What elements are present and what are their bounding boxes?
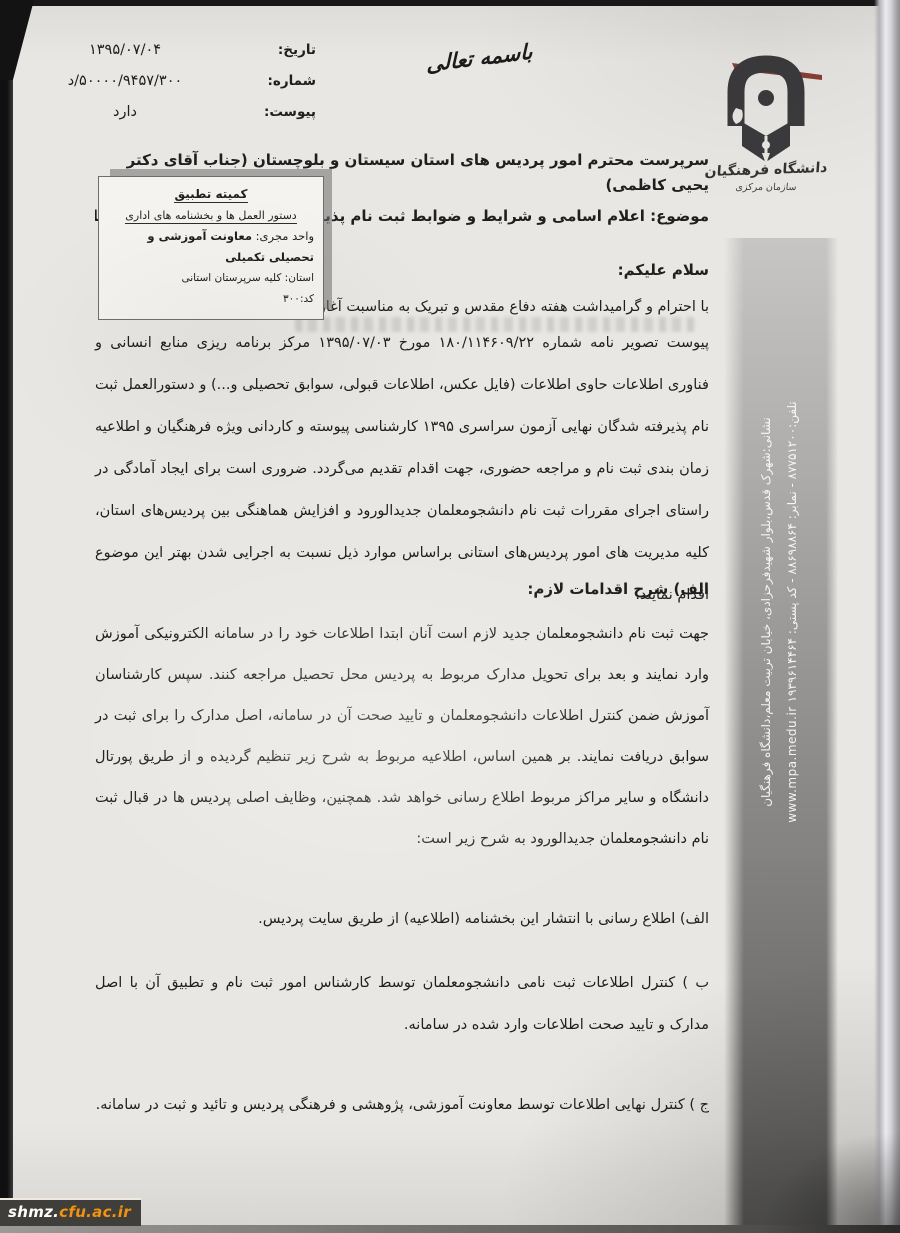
compliance-stamp-box: کمیته تطبیق دستور العمل ها و بخشنامه های… — [98, 176, 324, 320]
watermark-prefix: shmz. — [8, 1203, 59, 1221]
section-a-heading: الف) شرح اقدامات لازم: — [95, 576, 709, 602]
number-row: د/۵۰۰۰۰/۹۴۵۷/۳۰۰ شماره: — [10, 73, 316, 104]
scanned-letter-page: نشانی:شهرک قدس،بلوار شهیدفرحزادی، خیابان… — [0, 0, 900, 1233]
watermark-domain: cfu.ac.ir — [59, 1203, 131, 1221]
list-item-be: ب ) کنترل اطلاعات ثبت نامی دانشجومعلمان … — [95, 962, 709, 1046]
paragraph1-body: پیوست تصویر نامه شماره ۱۸۰/۱۱۴۶۰۹/۲۲ مور… — [95, 322, 709, 616]
contact-line: تلفن:۸۷۷۵۱۲۰۰ - نمابر: ۸۸۶۹۸۸۶۴ - کد پست… — [779, 292, 805, 932]
list-item-jim: ج ) کنترل نهایی اطلاعات توسط معاونت آموز… — [95, 1084, 709, 1126]
site-watermark: shmz.cfu.ac.ir — [0, 1198, 141, 1226]
farhangian-logo-icon — [701, 14, 831, 166]
number-value: د/۵۰۰۰۰/۹۴۵۷/۳۰۰ — [10, 73, 240, 89]
attachment-row: دارد پیوست: — [10, 104, 316, 135]
stamp-code-line: کد:۳۰۰ — [108, 289, 314, 310]
date-label: تاریخ: — [240, 42, 316, 58]
paragraph2-body: جهت ثبت نام دانشجومعلمان جدید لازم است آ… — [95, 614, 709, 860]
scan-edge-left — [0, 0, 13, 1233]
stamp-executor-line2: تحصیلی تکمیلی — [108, 247, 314, 268]
scan-edge-right — [874, 0, 900, 1233]
attachment-label: پیوست: — [240, 104, 316, 120]
besmellah-calligraphy: باسمه تعالی — [426, 39, 532, 76]
scan-edge-top — [0, 0, 900, 6]
attachment-value: دارد — [10, 104, 240, 120]
logo-org-name: دانشگاه فرهنگیان — [700, 160, 832, 181]
phone-fax-postal: تلفن:۸۷۷۵۱۲۰۰ - نمابر: ۸۸۶۹۸۸۶۴ - کد پست… — [785, 401, 799, 702]
contact-sidebar-text: نشانی:شهرک قدس،بلوار شهیدفرحزادی، خیابان… — [753, 292, 805, 932]
logo-org-sub: سازمان مرکزی — [700, 182, 831, 193]
stamp-province-line: استان: کلیه سرپرستان استانی — [108, 268, 314, 289]
header-meta: ۱۳۹۵/۰۷/۰۴ تاریخ: د/۵۰۰۰۰/۹۴۵۷/۳۰۰ شماره… — [10, 42, 316, 135]
stamp-title: کمیته تطبیق — [108, 184, 314, 205]
date-row: ۱۳۹۵/۰۷/۰۴ تاریخ: — [10, 42, 316, 73]
date-value: ۱۳۹۵/۰۷/۰۴ — [10, 42, 240, 58]
list-item-alef: الف) اطلاع رسانی با انتشار این بخشنامه (… — [95, 906, 709, 932]
stamp-subtitle: دستور العمل ها و بخشنامه های اداری — [108, 205, 314, 226]
university-logo: دانشگاه فرهنگیان سازمان مرکزی — [701, 14, 831, 193]
number-label: شماره: — [240, 73, 316, 89]
website-url: www.mpa.medu.ir — [785, 706, 799, 823]
stamp-executor-line: واحد مجری: معاونت آموزشی و — [108, 226, 314, 247]
address-line: نشانی:شهرک قدس،بلوار شهیدفرحزادی، خیابان… — [753, 292, 779, 932]
scan-edge-bottom — [0, 1225, 900, 1233]
